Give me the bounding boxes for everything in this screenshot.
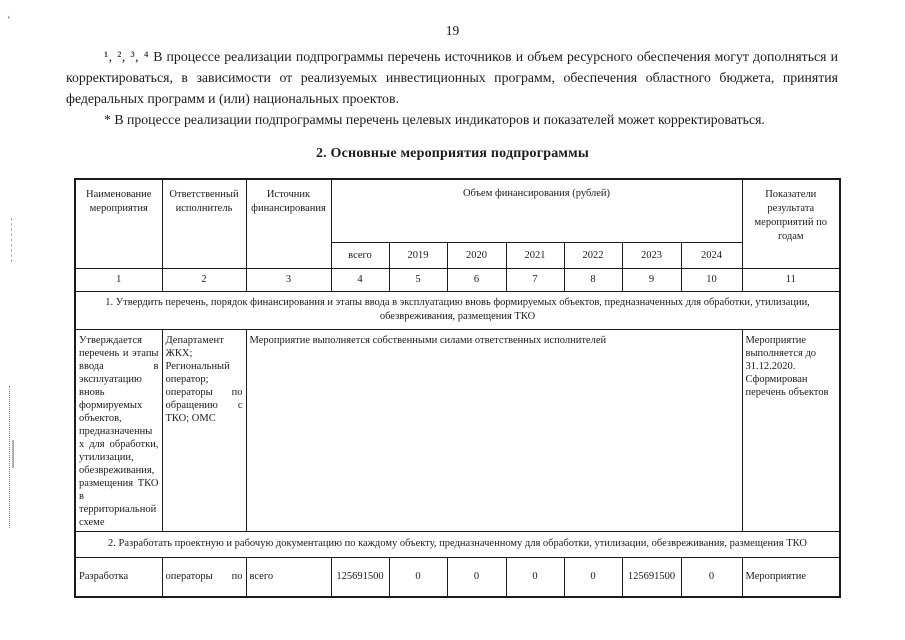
amount-2020-cell: 0: [447, 557, 506, 597]
year-col-2022: 2022: [564, 242, 622, 268]
header-funding-source-col: Источник финансирования: [246, 179, 331, 268]
year-col-2023: 2023: [622, 242, 681, 268]
amount-2023-cell: 125691500: [622, 557, 681, 597]
header-results-col: Показатели результата мероприятий по год…: [742, 179, 840, 268]
scan-artifact-dash: [12, 440, 14, 468]
col-number: 7: [506, 268, 564, 291]
scan-artifact-dashes: [9, 386, 10, 528]
page-number: 19: [0, 23, 905, 39]
col-number: 8: [564, 268, 622, 291]
amount-2022-cell: 0: [564, 557, 622, 597]
section-1-title-row: 1. Утвердить перечень, порядок финансиро…: [75, 291, 840, 329]
footnote-sources-text: В процессе реализации подпрограммы переч…: [66, 49, 838, 106]
executor-cell: Департамент ЖКХ; Региональный оператор; …: [162, 329, 246, 531]
section-2-title-row: 2. Разработать проектную и рабочую докум…: [75, 531, 840, 557]
header-finance-group: Объем финансирования (рублей): [331, 179, 742, 242]
footnote-sources-paragraph: ¹, ², ³, ⁴ В процессе реализации подпрог…: [66, 46, 838, 109]
col-number: 11: [742, 268, 840, 291]
funding-source-cell: всего: [246, 557, 331, 597]
col-number: 1: [75, 268, 162, 291]
amount-total-cell: 125691500: [331, 557, 389, 597]
year-col-total: всего: [331, 242, 389, 268]
col-number: 3: [246, 268, 331, 291]
col-number: 6: [447, 268, 506, 291]
table-row: Утверждается перечень и этапы ввода в эк…: [75, 329, 840, 531]
year-col-2019: 2019: [389, 242, 447, 268]
scan-artifact-dashes: [11, 218, 12, 262]
amount-2021-cell: 0: [506, 557, 564, 597]
year-col-2024: 2024: [681, 242, 742, 268]
footnote-superscript-marks: ¹, ², ³, ⁴: [104, 49, 149, 64]
table-row: Разработка операторы по всего 125691500 …: [75, 557, 840, 597]
measure-name-cell: Разработка: [75, 557, 162, 597]
header-name-col: Наименование мероприятия: [75, 179, 162, 268]
col-number: 10: [681, 268, 742, 291]
table-column-numbers-row: 1 2 3 4 5 6 7 8 9 10 11: [75, 268, 840, 291]
measure-name-cell: Утверждается перечень и этапы ввода в эк…: [75, 329, 162, 531]
executor-cell: операторы по: [162, 557, 246, 597]
year-col-2021: 2021: [506, 242, 564, 268]
col-number: 9: [622, 268, 681, 291]
funding-note-cell: Мероприятие выполняется собственными сил…: [246, 329, 742, 531]
col-number: 2: [162, 268, 246, 291]
table-header-row: Наименование мероприятия Ответственный и…: [75, 179, 840, 242]
intro-text-block: ¹, ², ³, ⁴ В процессе реализации подпрог…: [66, 46, 838, 130]
col-number: 4: [331, 268, 389, 291]
section-heading: 2. Основные мероприятия подпрограммы: [0, 146, 905, 162]
measures-table: Наименование мероприятия Ответственный и…: [74, 178, 841, 598]
section-2-title: 2. Разработать проектную и рабочую докум…: [75, 531, 840, 557]
result-cell: Мероприятие выполняется до 31.12.2020. С…: [742, 329, 840, 531]
year-col-2020: 2020: [447, 242, 506, 268]
amount-2024-cell: 0: [681, 557, 742, 597]
header-executor-col: Ответственный исполнитель: [162, 179, 246, 268]
col-number: 5: [389, 268, 447, 291]
section-1-title: 1. Утвердить перечень, порядок финансиро…: [75, 291, 840, 329]
result-cell: Мероприятие: [742, 557, 840, 597]
amount-2019-cell: 0: [389, 557, 447, 597]
footnote-star-paragraph: * В процессе реализации подпрограммы пер…: [66, 109, 838, 130]
